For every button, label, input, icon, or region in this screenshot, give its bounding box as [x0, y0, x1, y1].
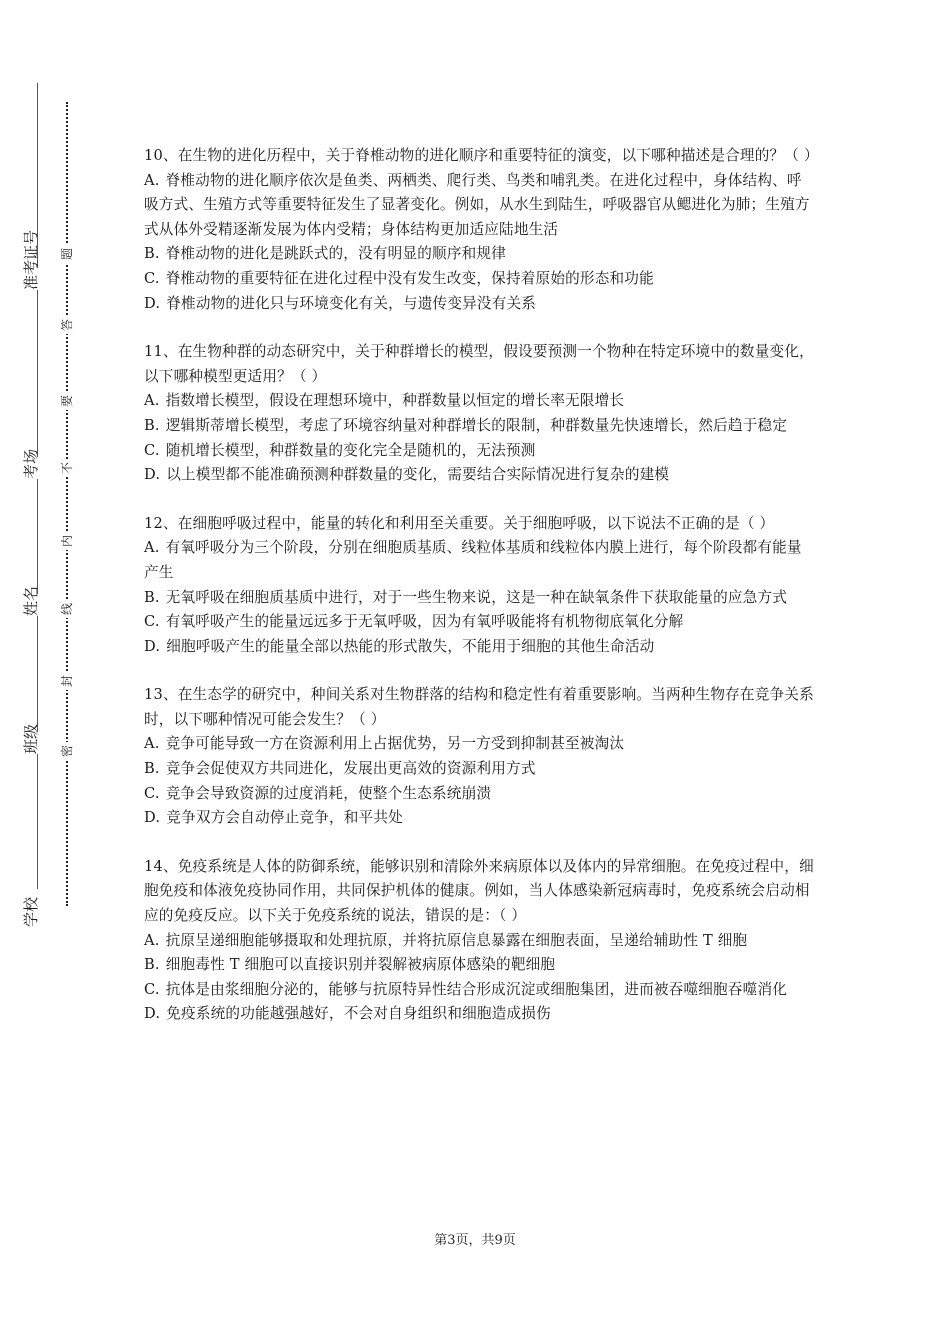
question-stem: 14、免疫系统是人体的防御系统，能够识别和清除外来病原体以及体内的异常细胞。在免… — [144, 855, 814, 929]
binding-field-label: 班级 — [20, 732, 42, 754]
option-letter: B. — [144, 589, 160, 606]
option-letter: A. — [144, 392, 160, 409]
option-letter: B. — [144, 760, 160, 777]
answer-option: C.抗体是由浆细胞分泌的，能够与抗原特异性结合形成沉淀或细胞集团，进而被吞噬细胞… — [144, 978, 814, 1003]
seal-char: 内 — [58, 532, 76, 550]
seal-char: 要 — [58, 392, 76, 410]
question-stem: 12、在细胞呼吸过程中，能量的转化和利用至关重要。关于细胞呼吸，以下说法不正确的… — [144, 512, 814, 537]
answer-option: A.抗原呈递细胞能够摄取和处理抗原，并将抗原信息暴露在细胞表面，呈递给辅助性 T… — [144, 929, 814, 954]
option-text: 抗体是由浆细胞分泌的，能够与抗原特异性结合形成沉淀或细胞集团，进而被吞噬细胞吞噬… — [166, 981, 787, 998]
question-list: 10、在生物的进化历程中，关于脊椎动物的进化顺序和重要特征的演变，以下哪种描述是… — [144, 144, 814, 1051]
option-letter: B. — [144, 956, 160, 973]
option-text: 指数增长模型，假设在理想环境中，种群数量以恒定的增长率无限增长 — [166, 392, 625, 409]
answer-option: A.指数增长模型，假设在理想环境中，种群数量以恒定的增长率无限增长 — [144, 389, 814, 414]
question-block: 12、在细胞呼吸过程中，能量的转化和利用至关重要。关于细胞呼吸，以下说法不正确的… — [144, 512, 814, 660]
option-text: 免疫系统的功能越强越好，不会对自身组织和细胞造成损伤 — [166, 1005, 551, 1022]
question-stem: 11、在生物种群的动态研究中，关于种群增长的模型，假设要预测一个物种在特定环境中… — [144, 340, 814, 389]
answer-option: B.脊椎动物的进化是跳跃式的，没有明显的顺序和规律 — [144, 242, 814, 267]
option-letter: A. — [144, 932, 160, 949]
seal-char: 密 — [58, 742, 76, 760]
option-text: 有氧呼吸分为三个阶段，分别在细胞质基质、线粒体基质和线粒体内膜上进行，每个阶段都… — [144, 539, 802, 581]
option-letter: C. — [144, 270, 160, 287]
seal-char: 答 — [58, 316, 76, 334]
binding-field-label: 准考证号 — [20, 268, 42, 290]
option-text: 脊椎动物的进化是跳跃式的，没有明显的顺序和规律 — [166, 245, 506, 262]
binding-field-label: 学校 — [20, 905, 42, 927]
option-text: 竞争会促使双方共同进化，发展出更高效的资源利用方式 — [166, 760, 536, 777]
binding-field-text: 考场 — [20, 449, 42, 479]
option-text: 竞争会导致资源的过度消耗，使整个生态系统崩溃 — [166, 785, 491, 802]
option-letter: D. — [144, 638, 160, 655]
answer-option: D.细胞呼吸产生的能量全部以热能的形式散失，不能用于细胞的其他生命活动 — [144, 635, 814, 660]
option-text: 无氧呼吸在细胞质基质中进行，对于一些生物来说，这是一种在缺氧条件下获取能量的应急… — [166, 589, 787, 606]
answer-option: B.无氧呼吸在细胞质基质中进行，对于一些生物来说，这是一种在缺氧条件下获取能量的… — [144, 586, 814, 611]
option-text: 竞争可能导致一方在资源利用上占据优势，另一方受到抑制甚至被淘汰 — [166, 735, 625, 752]
option-text: 随机增长模型，种群数量的变化完全是随机的，无法预测 — [166, 442, 536, 459]
option-letter: B. — [144, 245, 160, 262]
answer-option: D.竞争双方会自动停止竞争，和平共处 — [144, 806, 814, 831]
binding-solid-line — [37, 83, 38, 889]
answer-option: C.有氧呼吸产生的能量远远多于无氧呼吸，因为有氧呼吸能将有机物彻底氧化分解 — [144, 610, 814, 635]
answer-option: C.脊椎动物的重要特征在进化过程中没有发生改变，保持着原始的形态和功能 — [144, 267, 814, 292]
option-text: 脊椎动物的重要特征在进化过程中没有发生改变，保持着原始的形态和功能 — [166, 270, 654, 287]
question-stem: 10、在生物的进化历程中，关于脊椎动物的进化顺序和重要特征的演变，以下哪种描述是… — [144, 144, 814, 169]
option-letter: A. — [144, 539, 160, 556]
seal-char: 线 — [58, 600, 76, 618]
answer-option: B.竞争会促使双方共同进化，发展出更高效的资源利用方式 — [144, 757, 814, 782]
option-letter: A. — [144, 172, 160, 189]
binding-field-label: 考场 — [20, 457, 42, 479]
option-text: 细胞毒性 T 细胞可以直接识别并裂解被病原体感染的靶细胞 — [166, 956, 555, 973]
seal-char: 不 — [58, 459, 76, 477]
option-text: 以上模型都不能准确预测种群数量的变化，需要结合实际情况进行复杂的建模 — [166, 466, 669, 483]
option-letter: C. — [144, 613, 160, 630]
option-letter: D. — [144, 809, 160, 826]
question-block: 13、在生态学的研究中，种间关系对生物群落的结构和稳定性有着重要影响。当两种生物… — [144, 683, 814, 831]
answer-option: B.细胞毒性 T 细胞可以直接识别并裂解被病原体感染的靶细胞 — [144, 953, 814, 978]
answer-option: D.以上模型都不能准确预测种群数量的变化，需要结合实际情况进行复杂的建模 — [144, 463, 814, 488]
option-letter: D. — [144, 295, 160, 312]
answer-option: D.脊椎动物的进化只与环境变化有关，与遗传变异没有关系 — [144, 292, 814, 317]
option-letter: B. — [144, 417, 160, 434]
seal-char: 封 — [58, 672, 76, 690]
option-letter: C. — [144, 981, 160, 998]
binding-field-label: 姓名 — [20, 594, 42, 616]
option-text: 细胞呼吸产生的能量全部以热能的形式散失，不能用于细胞的其他生命活动 — [166, 638, 654, 655]
answer-option: A.有氧呼吸分为三个阶段，分别在细胞质基质、线粒体基质和线粒体内膜上进行，每个阶… — [144, 536, 814, 585]
option-text: 竞争双方会自动停止竞争，和平共处 — [166, 809, 403, 826]
answer-option: A.竞争可能导致一方在资源利用上占据优势，另一方受到抑制甚至被淘汰 — [144, 732, 814, 757]
binding-field-text: 学校 — [20, 897, 42, 927]
binding-field-text: 班级 — [20, 724, 42, 754]
option-letter: C. — [144, 442, 160, 459]
seal-dotted-line — [66, 102, 68, 906]
question-block: 14、免疫系统是人体的防御系统，能够识别和清除外来病原体以及体内的异常细胞。在免… — [144, 855, 814, 1027]
answer-option: D.免疫系统的功能越强越好，不会对自身组织和细胞造成损伤 — [144, 1002, 814, 1027]
question-stem: 13、在生态学的研究中，种间关系对生物群落的结构和稳定性有着重要影响。当两种生物… — [144, 683, 814, 732]
option-text: 逻辑斯蒂增长模型，考虑了环境容纳量对种群增长的限制，种群数量先快速增长，然后趋于… — [166, 417, 787, 434]
answer-option: A.脊椎动物的进化顺序依次是鱼类、两栖类、爬行类、鸟类和哺乳类。在进化过程中，身… — [144, 169, 814, 243]
answer-option: C.随机增长模型，种群数量的变化完全是随机的，无法预测 — [144, 439, 814, 464]
option-letter: A. — [144, 735, 160, 752]
option-letter: C. — [144, 785, 160, 802]
question-block: 10、在生物的进化历程中，关于脊椎动物的进化顺序和重要特征的演变，以下哪种描述是… — [144, 144, 814, 316]
option-text: 有氧呼吸产生的能量远远多于无氧呼吸，因为有氧呼吸能将有机物彻底氧化分解 — [166, 613, 684, 630]
question-block: 11、在生物种群的动态研究中，关于种群增长的模型，假设要预测一个物种在特定环境中… — [144, 340, 814, 488]
option-text: 脊椎动物的进化顺序依次是鱼类、两栖类、爬行类、鸟类和哺乳类。在进化过程中，身体结… — [144, 172, 810, 238]
page-footer: 第3页，共9页 — [0, 1229, 950, 1248]
option-text: 抗原呈递细胞能够摄取和处理抗原，并将抗原信息暴露在细胞表面，呈递给辅助性 T 细… — [166, 932, 748, 949]
seal-char: 题 — [58, 245, 76, 263]
page-number: 第3页，共9页 — [434, 1233, 516, 1248]
binding-field-text: 姓名 — [20, 586, 42, 616]
option-text: 脊椎动物的进化只与环境变化有关，与遗传变异没有关系 — [166, 295, 536, 312]
binding-field-text: 准考证号 — [20, 230, 42, 290]
option-letter: D. — [144, 1005, 160, 1022]
exam-page: 准考证号考场姓名班级学校 题答要不内线封密 10、在生物的进化历程中，关于脊椎动… — [0, 0, 950, 1344]
answer-option: C.竞争会导致资源的过度消耗，使整个生态系统崩溃 — [144, 782, 814, 807]
option-letter: D. — [144, 466, 160, 483]
answer-option: B.逻辑斯蒂增长模型，考虑了环境容纳量对种群增长的限制，种群数量先快速增长，然后… — [144, 414, 814, 439]
